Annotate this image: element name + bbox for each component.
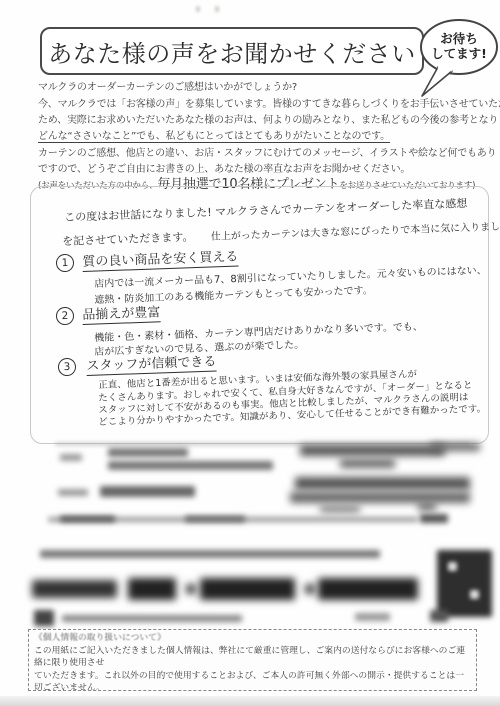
redacted-text	[420, 514, 448, 523]
blurred-phone-number	[305, 584, 315, 594]
intro-line: 今、マルクラでは「お客様の声」を募集しています。皆様のすてきな暮らしづくりをお手…	[38, 95, 500, 110]
intro-line: カーテンのご感想、他店との違い、お店・スタッフにむけてのメッセージ、イラストや絵…	[38, 144, 496, 159]
redacted-text	[60, 516, 115, 522]
blurred-qr-code-patch	[448, 562, 457, 571]
intro-line: ため、実際にお求めいただいたあなた様のお声は、何よりの励みとなり、また私どもの今…	[38, 111, 500, 126]
blurred-phone-number	[186, 584, 196, 594]
redacted-handwriting	[320, 505, 360, 513]
blurred-phone-label	[32, 580, 117, 598]
redacted-handwriting	[295, 477, 470, 490]
redacted-text	[62, 615, 242, 622]
intro-line: マルクラのオーダーカーテンのご感想はいかがでしょうか?	[38, 78, 297, 93]
redacted-label	[58, 489, 88, 496]
intro-line-underlined: どんな“ささいなこと”でも、私どもにとってはとてもありがたいことなのです。	[38, 127, 390, 142]
redacted-handwriting	[300, 445, 445, 456]
speech-bubble-text: お待ち してます!	[420, 31, 498, 61]
scan-artifact-dot	[215, 6, 219, 12]
blurred-qr-code	[437, 550, 492, 617]
privacy-line: ていただきます。これ以外の目的で使用することおよび、ご本人の許可無く外部への開示…	[34, 670, 471, 691]
redacted-handwriting	[418, 501, 436, 511]
redacted-text	[40, 550, 380, 558]
blurred-phone-number	[200, 578, 295, 600]
questionnaire-page: あなた様の声をお聞かせください お待ち してます! マルクラのオーダーカーテンの…	[0, 0, 500, 706]
redacted-label	[60, 454, 82, 461]
privacy-heading: 《個人情報の取り扱いについて》	[34, 632, 471, 645]
privacy-notice-box: 《個人情報の取り扱いについて》 この用紙にご記入いただきました個人情報は、弊社に…	[28, 629, 477, 691]
blurred-phone-number	[128, 578, 176, 600]
blurred-qr-code-patch	[470, 590, 479, 599]
blurred-phone-number	[318, 578, 418, 600]
redacted-handwriting	[430, 443, 480, 451]
redacted-text	[355, 613, 390, 621]
scan-edge-shadow	[0, 696, 500, 706]
redacted-text	[430, 610, 448, 622]
redacted-text	[108, 448, 188, 457]
scan-artifact-dot	[196, 6, 200, 12]
redacted-text	[185, 516, 245, 522]
privacy-line: この用紙にご記入いただきました個人情報は、弊社にて厳重に管理し、ご案内の送付なら…	[34, 645, 471, 670]
item2-heading: 品揃えが豊富	[82, 301, 161, 325]
blurred-logo-mark	[34, 610, 54, 626]
page-title: あなた様の声をお聞かせください	[48, 34, 416, 69]
redacted-text	[100, 486, 195, 497]
redacted-text	[108, 461, 273, 470]
title-box: あなた様の声をお聞かせください	[40, 27, 424, 75]
redacted-handwriting	[290, 492, 470, 503]
redacted-handwriting	[340, 459, 395, 468]
